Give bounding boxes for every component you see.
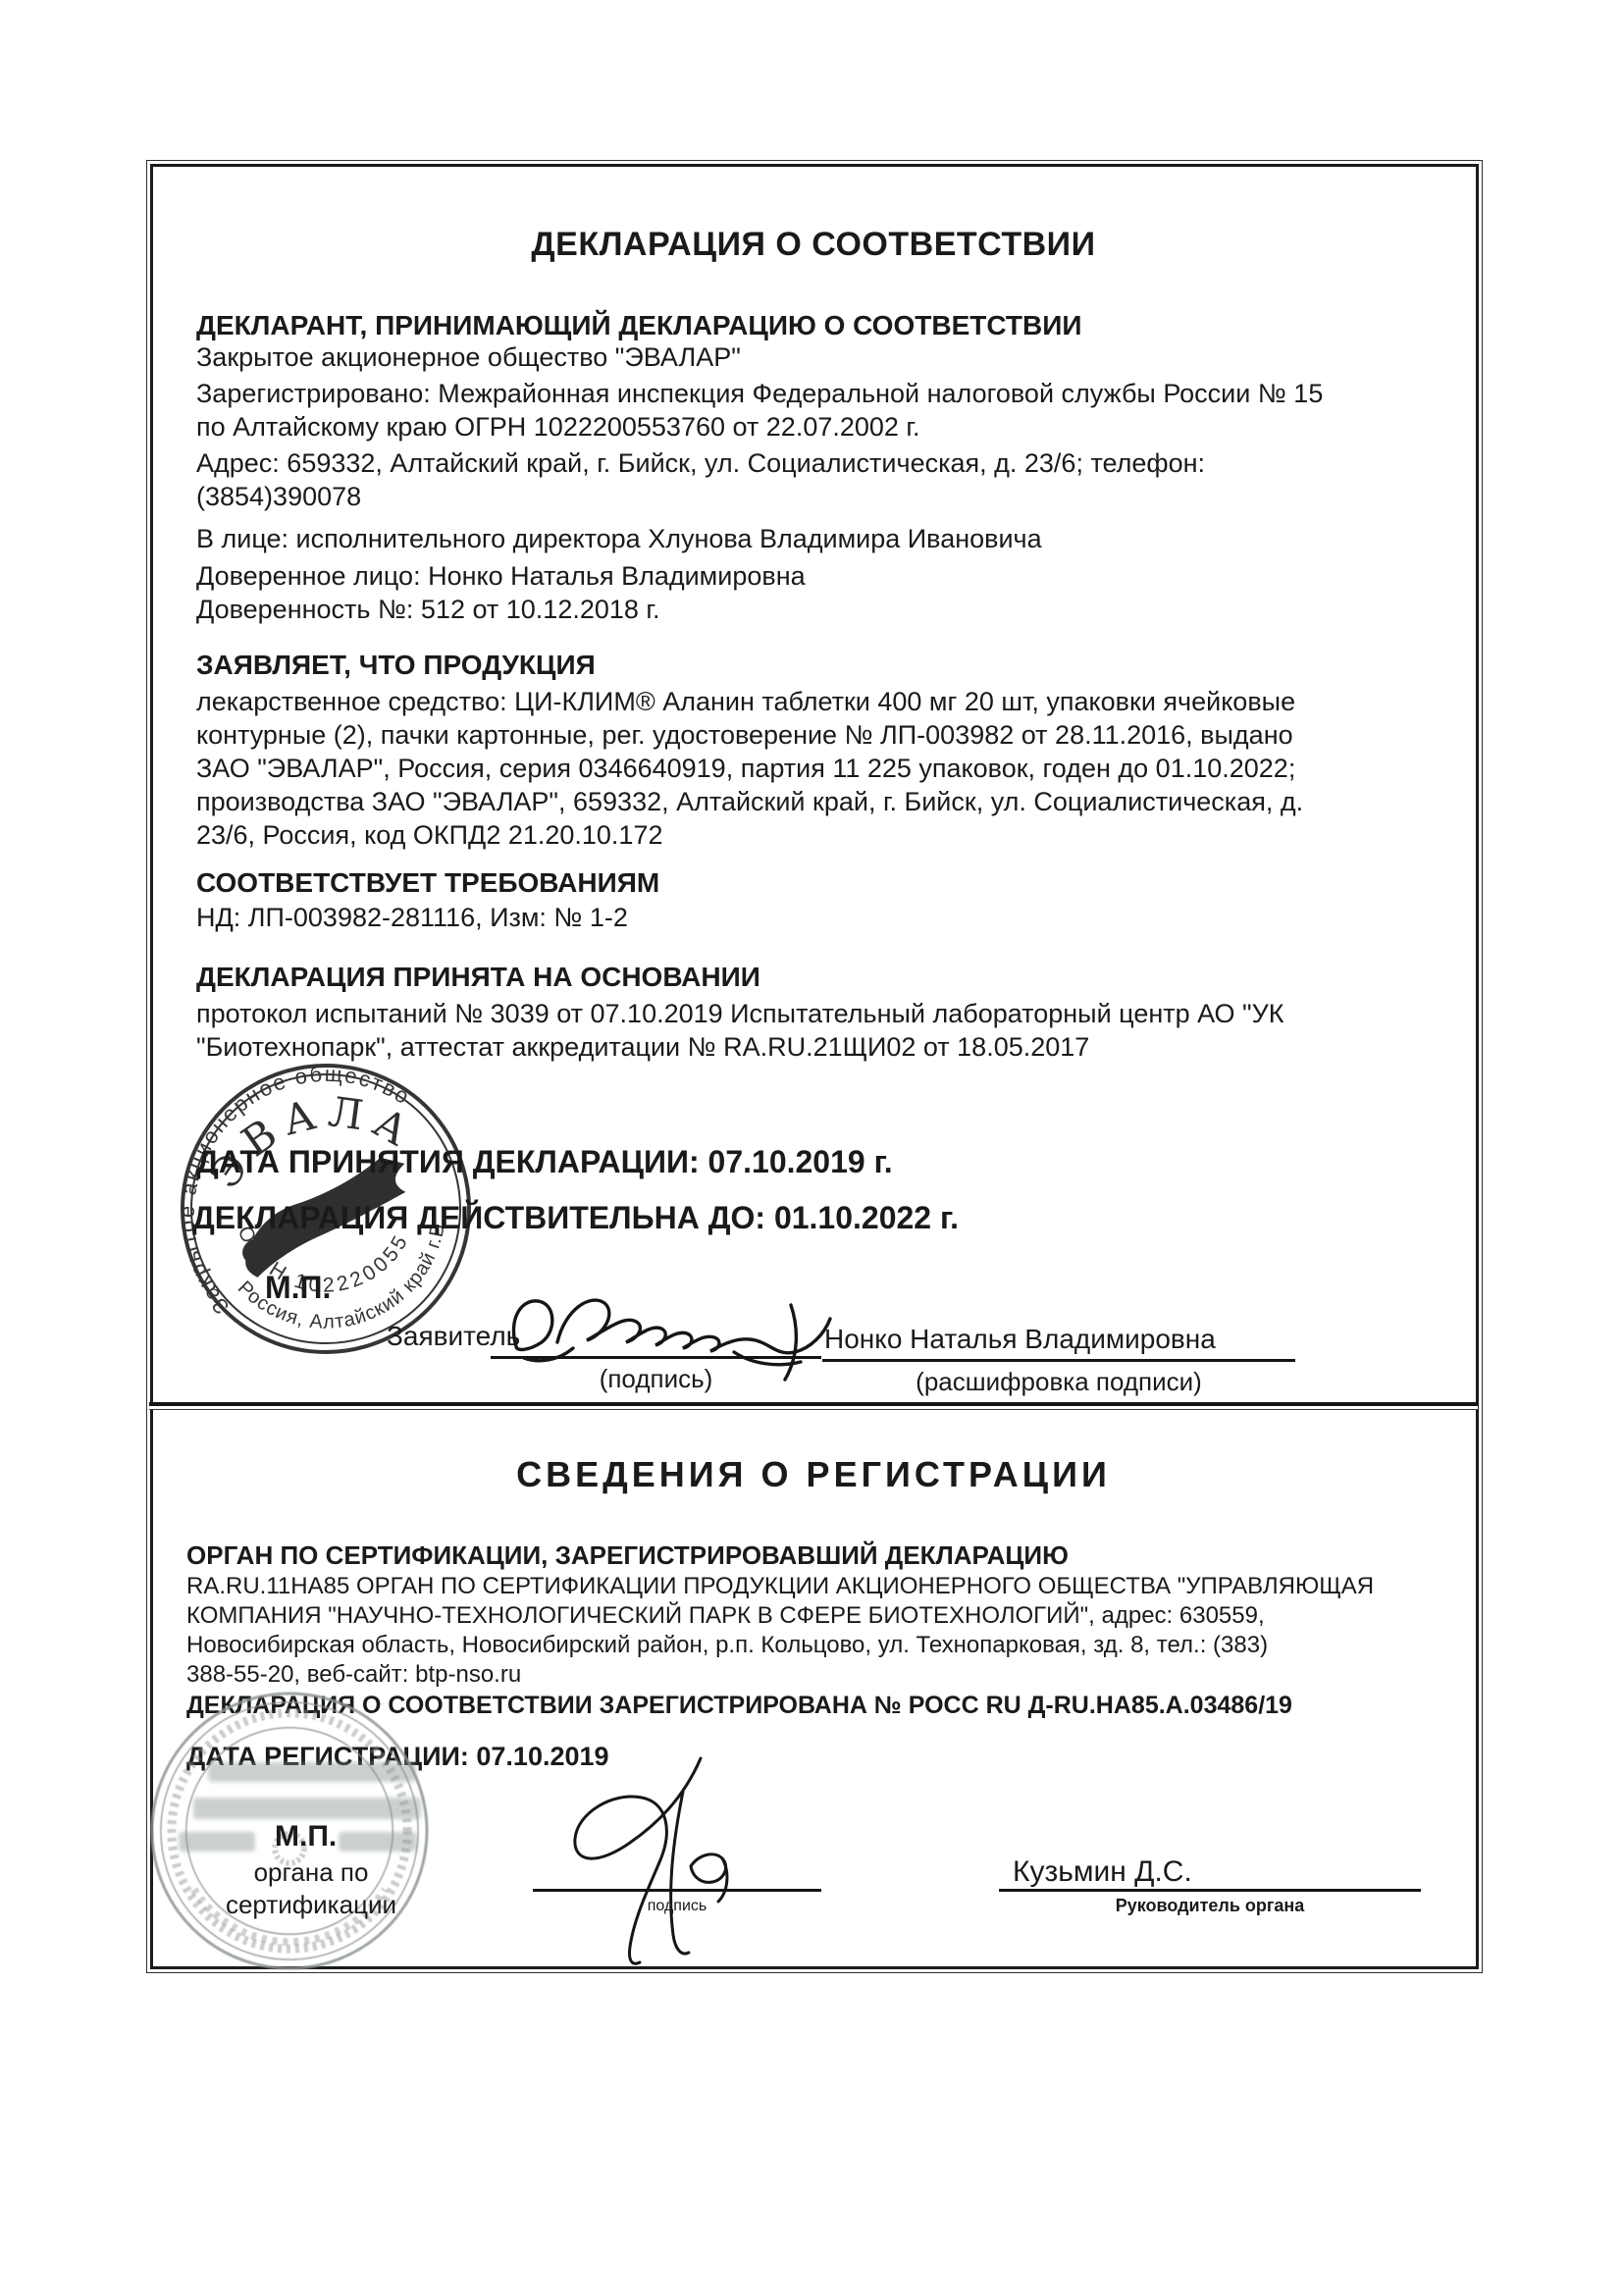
product-heading: ЗАЯВЛЯЕТ, ЧТО ПРОДУКЦИЯ [196,650,596,681]
acceptance-date-line: ДАТА ПРИНЯТИЯ ДЕКЛАРАЦИИ: 07.10.2019 г. [196,1144,893,1180]
declarant-heading: ДЕКЛАРАНТ, ПРИНИМАЮЩИЙ ДЕКЛАРАЦИЮ О СООТ… [196,310,1081,341]
declarant-line: по Алтайскому краю ОГРН 1022200553760 от… [196,412,919,443]
org-heading: ОРГАН ПО СЕРТИФИКАЦИИ, ЗАРЕГИСТРИРОВАВШИ… [186,1540,1069,1571]
applicant-name: Нонко Наталья Владимировна [824,1324,1216,1355]
document-border: ДЕКЛАРАЦИЯ О СООТВЕТСТВИИ ДЕКЛАРАНТ, ПРИ… [150,164,1479,1969]
product-line: лекарственное средство: ЦИ-КЛИМ® Аланин … [196,687,1295,717]
stamp-smudge [208,1762,416,1782]
name-caption: (расшифровка подписи) [822,1367,1295,1397]
declarant-line: Доверенное лицо: Нонко Наталья Владимиро… [196,561,806,592]
declarant-line: (3854)390078 [196,482,361,512]
org-line: КОМПАНИЯ "НАУЧНО-ТЕХНОЛОГИЧЕСКИЙ ПАРК В … [186,1602,1265,1630]
basis-line: протокол испытаний № 3039 от 07.10.2019 … [196,999,1284,1029]
declarant-line: В лице: исполнительного директора Хлунов… [196,524,1042,554]
scanned-declaration-page: { "page": { "title": "ДЕКЛАРАЦИЯ О СООТВ… [0,0,1623,2296]
stamp-smudge [339,1832,417,1852]
applicant-name-line [822,1359,1295,1362]
stamp-smudge [179,1832,255,1852]
document-content: ДЕКЛАРАЦИЯ О СООТВЕТСТВИИ ДЕКЛАРАНТ, ПРИ… [149,163,1478,1968]
org-line: Новосибирская область, Новосибирский рай… [186,1632,1268,1659]
stamp-smudge [193,1798,421,1819]
registration-section-title: СВЕДЕНИЯ О РЕГИСТРАЦИИ [149,1454,1478,1495]
applicant-signature-line [491,1356,821,1359]
mp-sub-line: сертификации [188,1890,434,1920]
declarant-line: Адрес: 659332, Алтайский край, г. Бийск,… [196,448,1205,479]
product-line: ЗАО "ЭВАЛАР", Россия, серия 0346640919, … [196,754,1295,784]
head-name: Кузьмин Д.С. [1013,1855,1192,1889]
head-signature-caption: подпись [533,1898,821,1915]
product-line: производства ЗАО "ЭВАЛАР", 659332, Алтай… [196,787,1303,817]
section-divider [149,1402,1478,1410]
valid-until-line: ДЕКЛАРАЦИЯ ДЕЙСТВИТЕЛЬНА ДО: 01.10.2022 … [192,1200,959,1236]
head-name-line [999,1889,1421,1892]
org-line: RA.RU.11НА85 ОРГАН ПО СЕРТИФИКАЦИИ ПРОДУ… [186,1573,1374,1600]
product-line: 23/6, Россия, код ОКПД2 21.20.10.172 [196,820,662,851]
mp-label-registration: М.П. [275,1820,337,1853]
mp-sub-line: органа по [188,1857,434,1888]
product-line: контурные (2), пачки картонные, рег. удо… [196,720,1293,751]
org-line: 388-55-20, веб-сайт: btp-nso.ru [186,1661,521,1689]
head-caption: Руководитель органа [999,1896,1421,1916]
page-title: ДЕКЛАРАЦИЯ О СООТВЕТСТВИИ [149,226,1478,264]
basis-line: "Биотехнопарк", аттестат аккредитации № … [196,1032,1089,1063]
requirements-line: НД: ЛП-003982-281116, Изм: № 1-2 [196,903,628,933]
head-signature-line [533,1889,821,1892]
basis-heading: ДЕКЛАРАЦИЯ ПРИНЯТА НА ОСНОВАНИИ [196,962,760,993]
signature-caption: (подпись) [491,1364,821,1394]
requirements-heading: СООТВЕТСТВУЕТ ТРЕБОВАНИЯМ [196,867,659,899]
declarant-line: Доверенность №: 512 от 10.12.2018 г. [196,595,659,625]
declarant-line: Зарегистрировано: Межрайонная инспекция … [196,379,1323,409]
declarant-line: Закрытое акционерное общество "ЭВАЛАР" [196,342,741,373]
head-signature [536,1752,830,1972]
mp-label: М.П. [265,1270,331,1306]
